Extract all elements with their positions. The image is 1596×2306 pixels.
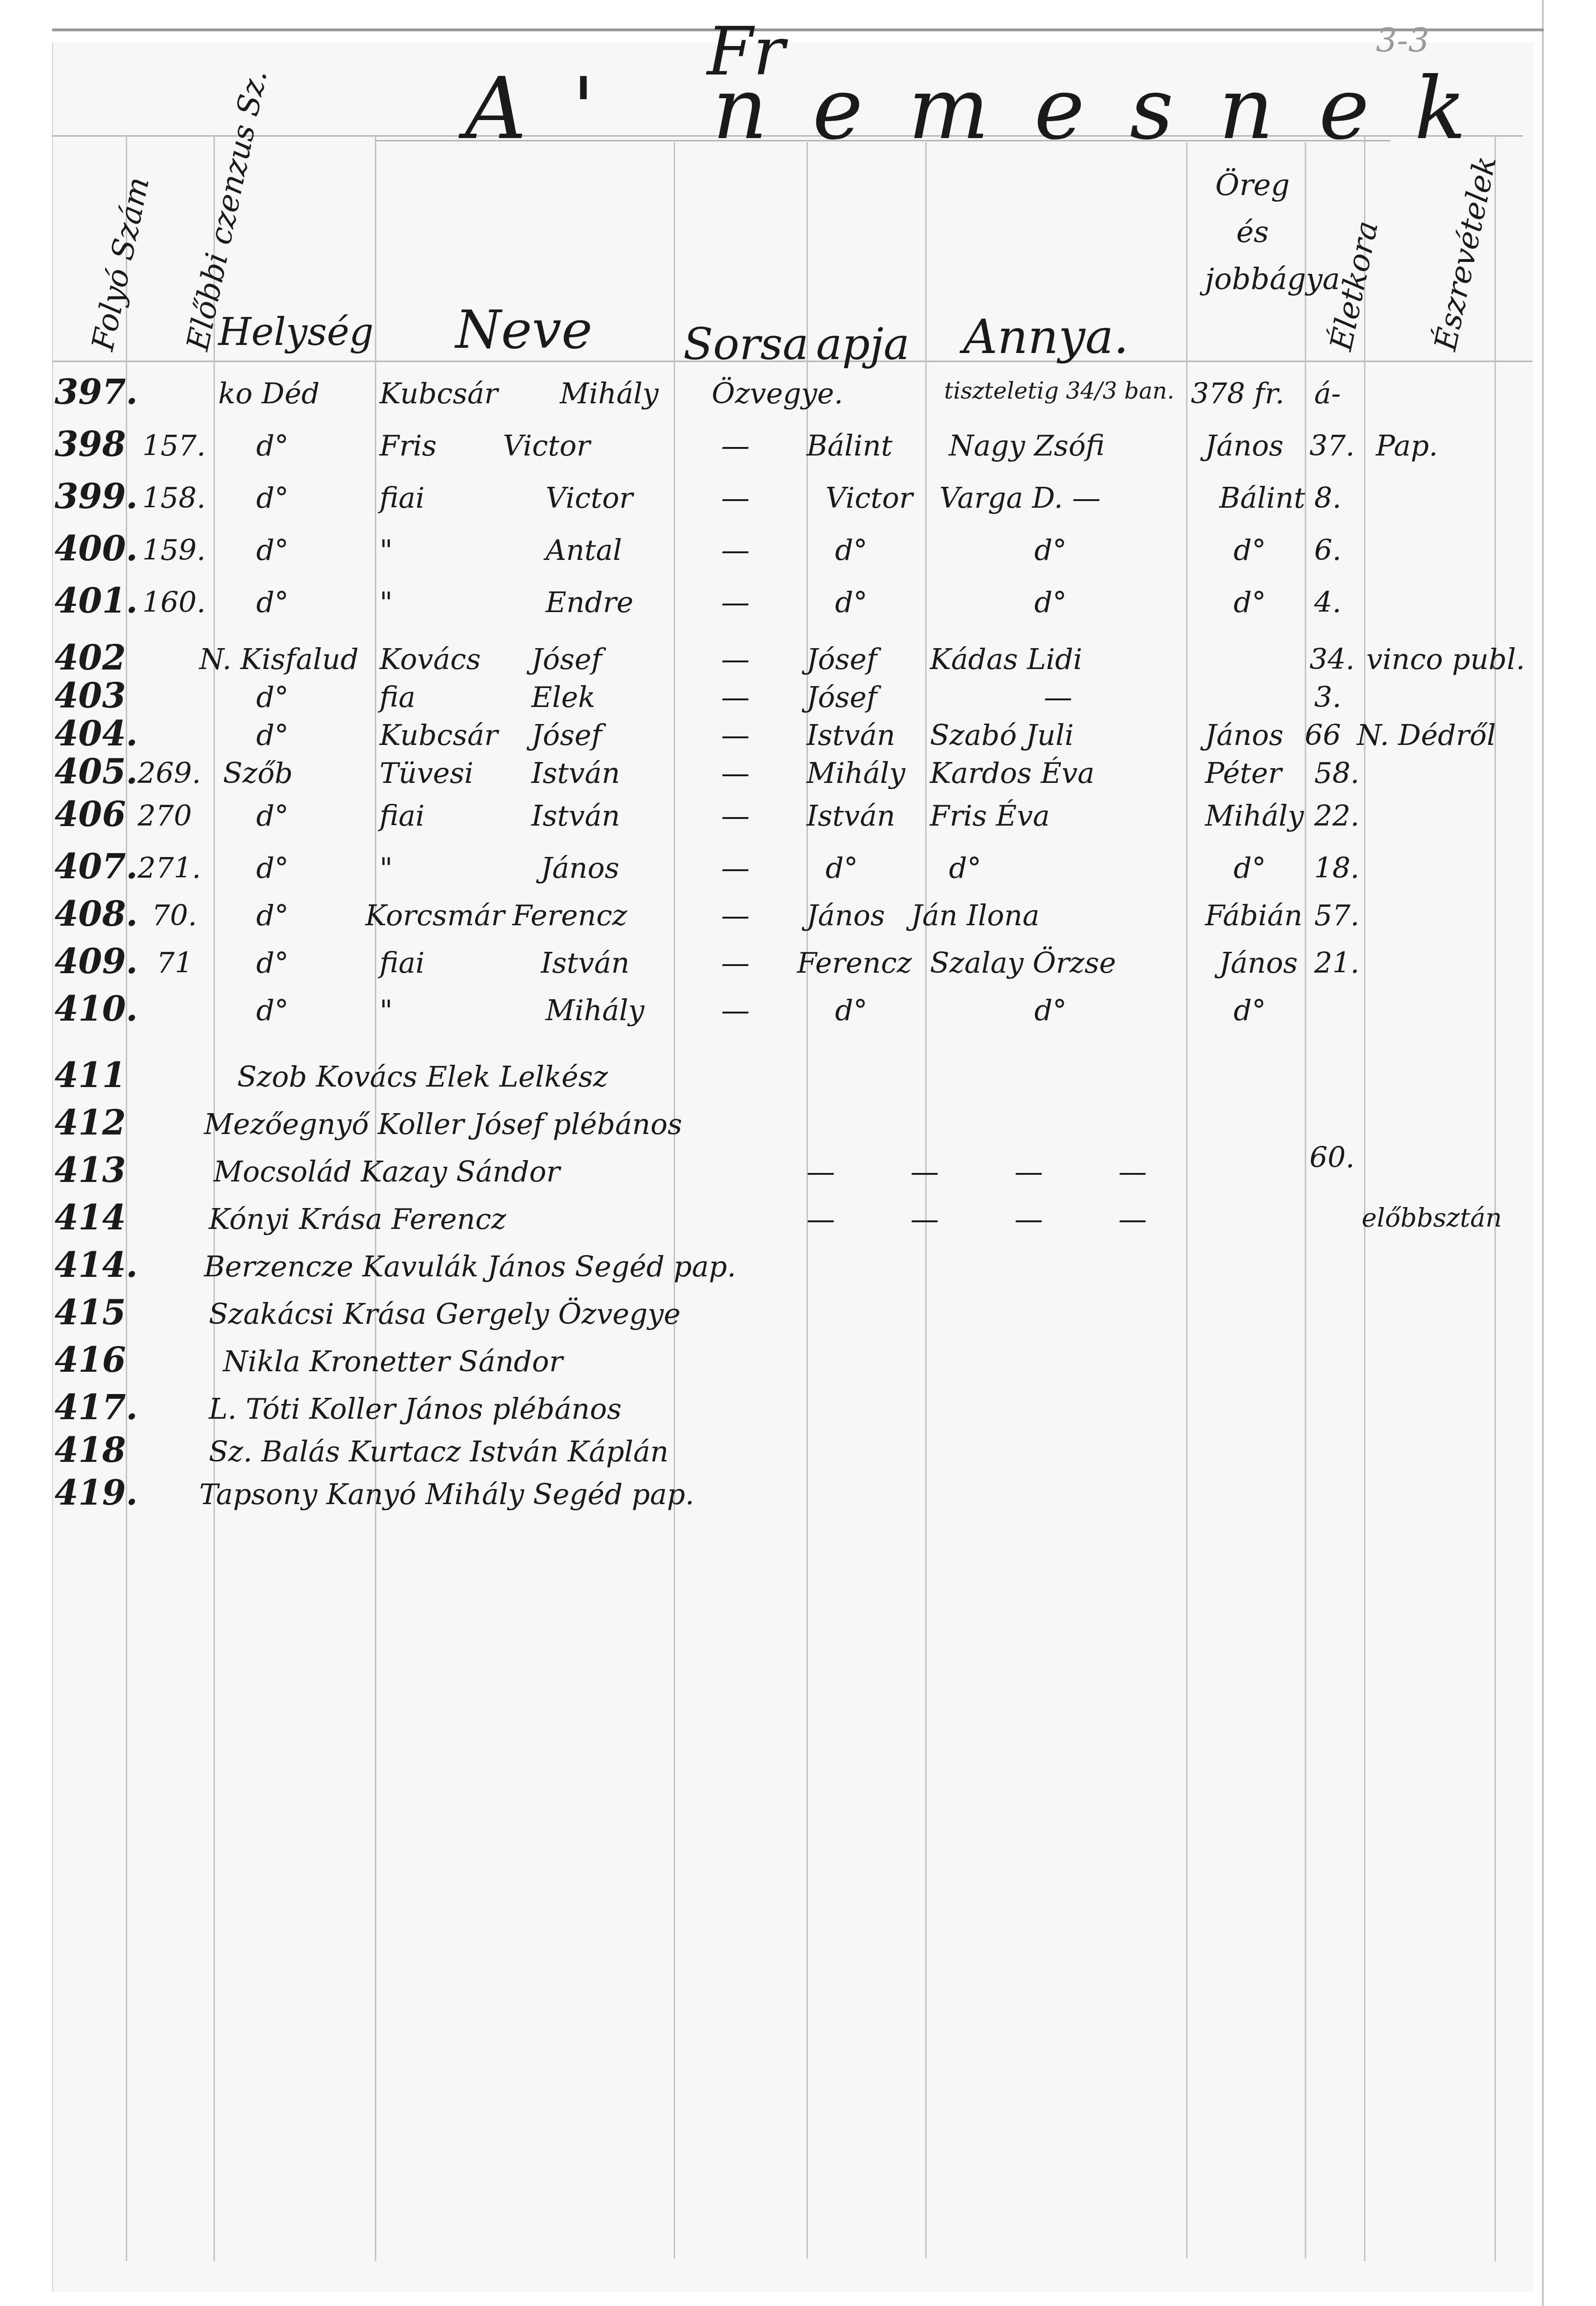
row-mother: Ján Ilona xyxy=(911,902,1039,930)
row-place: ko Déd xyxy=(218,380,320,408)
row-surname: fiai xyxy=(380,949,425,977)
row-age: 8. xyxy=(1314,484,1341,512)
col-rule-1 xyxy=(126,135,127,2261)
col-rule-4 xyxy=(674,142,675,2259)
entry-note: előbbsztán xyxy=(1362,1205,1502,1231)
row-number: 415 xyxy=(55,1295,126,1330)
row-father: d° xyxy=(835,588,867,617)
col-rule-9 xyxy=(1364,135,1365,2261)
row-status: — xyxy=(721,432,750,460)
row-mother: Varga D. — xyxy=(939,484,1101,512)
row-prev: 269. xyxy=(138,759,201,788)
row-prev: 271. xyxy=(138,854,201,883)
row-given: János xyxy=(541,854,619,883)
col-rule-10 xyxy=(1494,135,1496,2261)
row-note: á- xyxy=(1314,380,1341,408)
header-helyseg: Helység xyxy=(218,313,374,351)
row-status: — xyxy=(721,802,750,830)
page-title: A' nemesnek xyxy=(465,66,1511,152)
row-place: d° xyxy=(256,432,288,460)
row-father: István xyxy=(807,802,895,830)
row-surname: " xyxy=(380,996,393,1025)
col-rule-3 xyxy=(375,135,376,2261)
header-apja: apja xyxy=(816,323,909,366)
row-mother: Szabó Juli xyxy=(930,721,1074,750)
row-number: 419. xyxy=(55,1476,138,1510)
entry-text: Tapsony Kanyó Mihály Segéd pap. xyxy=(199,1480,694,1509)
row-given: Antal xyxy=(546,536,622,565)
row-given: Mihály xyxy=(546,996,644,1025)
entry-text: L. Tóti Koller János plébános xyxy=(209,1395,622,1423)
row-number: 409. xyxy=(55,944,138,978)
row-surname: Fris xyxy=(380,432,436,460)
row-number: 402 xyxy=(55,641,126,675)
row-elder: Fábián xyxy=(1205,902,1302,930)
row-elder: János xyxy=(1219,949,1298,977)
row-elder: d° xyxy=(1234,588,1266,617)
entry-text: Berzencze Kavulák János Segéd pap. xyxy=(204,1253,736,1281)
row-status: — xyxy=(721,588,750,617)
row-father: d° xyxy=(835,996,867,1025)
row-mother: Szalay Örzse xyxy=(930,949,1116,977)
row-surname: fiai xyxy=(380,802,425,830)
row-prev: 157. xyxy=(142,432,206,460)
row-surname: " xyxy=(380,588,393,617)
row-status: — xyxy=(721,721,750,750)
row-age: 4. xyxy=(1314,588,1341,617)
col-rule-7 xyxy=(1186,142,1188,2259)
row-status: — xyxy=(721,902,750,930)
row-note: N. Dédről xyxy=(1357,721,1496,750)
header-anyja: Annya. xyxy=(963,313,1129,361)
row-elder: Bálint xyxy=(1219,484,1305,512)
entry-text: Szakácsi Krása Gergely Özvegye xyxy=(209,1300,680,1329)
row-given: István xyxy=(541,949,630,977)
row-elder: Mihály xyxy=(1205,802,1304,830)
entry-text: Nikla Kronetter Sándor xyxy=(223,1348,563,1376)
row-mother: Kádas Lidi xyxy=(930,645,1082,674)
row-number: 418 xyxy=(55,1433,126,1467)
row-number: 410. xyxy=(55,992,138,1026)
row-status: — xyxy=(721,484,750,512)
row-surname: Tüvesi xyxy=(380,759,473,788)
row-father: Victor xyxy=(826,484,913,512)
row-elder: János xyxy=(1205,721,1283,750)
row-number: 404. xyxy=(55,716,138,751)
row-surname: " xyxy=(380,536,393,565)
row-surname: fia xyxy=(380,683,416,712)
row-number: 417. xyxy=(55,1390,138,1424)
row-prev: 158. xyxy=(142,484,206,512)
header-oreg-es-jobbagya: Öreg és jobbágya xyxy=(1205,161,1300,303)
row-mother: d° xyxy=(1034,536,1067,565)
row-prev: 159. xyxy=(142,536,206,565)
row-status: — xyxy=(721,536,750,565)
row-age: 34. xyxy=(1309,645,1355,674)
row-mother: tiszteletig 34/3 ban. xyxy=(944,380,1174,402)
row-place: d° xyxy=(256,854,288,883)
row-number: 414. xyxy=(55,1248,138,1282)
row-surname: Kubcsár xyxy=(380,721,498,750)
row-number: 406 xyxy=(55,797,126,831)
row-mother: Kardos Éva xyxy=(930,759,1095,788)
entry-age: 60. xyxy=(1309,1144,1355,1172)
row-surname: Kubcsár xyxy=(380,380,498,408)
row-father: d° xyxy=(826,854,858,883)
row-place: d° xyxy=(256,588,288,617)
row-place: d° xyxy=(256,902,288,930)
row-number: 398 xyxy=(55,427,126,461)
entry-text: Mocsolád Kazay Sándor xyxy=(213,1158,560,1186)
row-age: 6. xyxy=(1314,536,1341,565)
row-given: Jósef xyxy=(531,721,602,750)
row-place: d° xyxy=(256,802,288,830)
row-number: 400. xyxy=(55,531,138,566)
row-mother: Nagy Zsófi xyxy=(949,432,1104,460)
entry-dashes: — — — — xyxy=(807,1158,1147,1186)
row-age: 21. xyxy=(1314,949,1359,977)
row-mother: d° xyxy=(949,854,981,883)
row-place: Szőb xyxy=(223,759,293,788)
row-father: Bálint xyxy=(807,432,892,460)
row-father: d° xyxy=(835,536,867,565)
row-prev: 270 xyxy=(138,802,192,830)
row-surname: " xyxy=(380,854,393,883)
row-age: 37. xyxy=(1309,432,1355,460)
entry-text: Szob Kovács Elek Lelkész xyxy=(237,1063,608,1091)
row-father: János xyxy=(807,902,885,930)
row-given: Ferencz xyxy=(512,902,627,930)
row-mother: d° xyxy=(1034,996,1067,1025)
col-rule-8 xyxy=(1305,142,1306,2259)
row-surname: Korcsmár xyxy=(365,902,505,930)
col-rule-6 xyxy=(925,142,927,2259)
row-number: 407. xyxy=(55,849,138,883)
row-place: d° xyxy=(256,683,288,712)
row-elder: 378 fr. xyxy=(1191,380,1284,408)
row-status: Özvegye. xyxy=(712,380,843,408)
row-mother: Fris Éva xyxy=(930,802,1050,830)
row-status: — xyxy=(721,759,750,788)
row-elder: János xyxy=(1205,432,1283,460)
entry-text: Kónyi Krása Ferencz xyxy=(209,1205,506,1234)
row-given: Elek xyxy=(531,683,595,712)
row-age: 22. xyxy=(1314,802,1359,830)
row-father: István xyxy=(807,721,895,750)
row-number: 416 xyxy=(55,1343,126,1377)
row-status: — xyxy=(721,683,750,712)
row-note: Pap. xyxy=(1376,432,1438,460)
corner-pencil-mark: 3-3 xyxy=(1376,24,1429,57)
row-given: Endre xyxy=(546,588,633,617)
row-place: N. Kisfalud xyxy=(199,645,359,674)
row-father: Jósef xyxy=(807,645,877,674)
page-edge xyxy=(1542,0,1596,2306)
row-father: Jósef xyxy=(807,683,877,712)
row-note: vinco publ. xyxy=(1366,645,1525,674)
col-rule-2 xyxy=(213,135,215,2261)
row-father: Mihály xyxy=(807,759,905,788)
row-mother: d° xyxy=(1034,588,1067,617)
header-sorsa: Sorsa xyxy=(683,323,808,366)
entry-text: Mezőegnyő Koller Jósef plébános xyxy=(204,1110,682,1139)
row-number: 401. xyxy=(55,584,138,618)
entry-text: Sz. Balás Kurtacz István Káplán xyxy=(209,1438,668,1466)
row-place: d° xyxy=(256,949,288,977)
row-given: István xyxy=(531,759,620,788)
row-status: — xyxy=(721,854,750,883)
top-rule xyxy=(52,28,1544,31)
row-status: — xyxy=(721,996,750,1025)
row-elder: — xyxy=(1044,683,1072,712)
row-father: Ferencz xyxy=(797,949,912,977)
row-age: 66 xyxy=(1305,721,1341,750)
row-number: 399. xyxy=(55,479,138,513)
row-elder: d° xyxy=(1234,854,1266,883)
row-number: 411 xyxy=(55,1058,126,1092)
row-number: 405. xyxy=(55,754,138,789)
row-given: István xyxy=(531,802,620,830)
row-number: 408. xyxy=(55,897,138,931)
row-place: d° xyxy=(256,996,288,1025)
row-number: 413 xyxy=(55,1153,126,1187)
row-place: d° xyxy=(256,536,288,565)
row-given: Jósef xyxy=(531,645,602,674)
row-elder: d° xyxy=(1234,996,1266,1025)
row-age: 58. xyxy=(1314,759,1359,788)
row-prev: 70. xyxy=(152,902,197,930)
row-number: 412 xyxy=(55,1106,126,1140)
row-prev: 160. xyxy=(142,588,206,617)
row-number: 414 xyxy=(55,1200,126,1235)
row-age: 57. xyxy=(1314,902,1359,930)
header-neve: Neve xyxy=(455,304,593,356)
row-surname: fiai xyxy=(380,484,425,512)
row-age: 18. xyxy=(1314,854,1359,883)
row-place: d° xyxy=(256,484,288,512)
row-age: 3. xyxy=(1314,683,1341,712)
row-elder: d° xyxy=(1234,536,1266,565)
row-place: d° xyxy=(256,721,288,750)
row-surname: Kovács xyxy=(380,645,481,674)
row-elder: Péter xyxy=(1205,759,1281,788)
row-given: Victor xyxy=(503,432,590,460)
row-status: — xyxy=(721,645,750,674)
row-given: Mihály xyxy=(560,380,659,408)
entry-dashes: — — — — xyxy=(807,1205,1147,1234)
row-number: 403 xyxy=(55,679,126,713)
row-number: 397. xyxy=(55,375,138,409)
row-prev: 71 xyxy=(157,949,193,977)
row-given: Victor xyxy=(546,484,633,512)
row-status: — xyxy=(721,949,750,977)
